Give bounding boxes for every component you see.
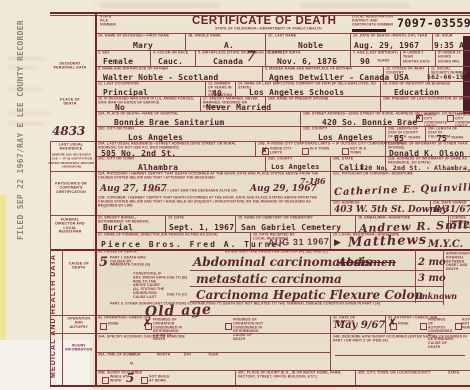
- cause-interval-a: 2 mo: [418, 257, 446, 268]
- field-2b-value: 9:35 A.: [434, 41, 469, 50]
- field-14-value: Los Angeles Schools: [249, 88, 344, 97]
- checkmark-20b-inside: ✗: [261, 145, 268, 155]
- field-25-value: San Gabriel Cemetery: [241, 223, 341, 232]
- certificate-number: 7097-035592: [397, 16, 470, 30]
- field-3-value: Female: [103, 57, 133, 66]
- field-under1yr-sub: MONTHS DAYS: [403, 60, 430, 63]
- cause-immediate-label: IMMEDIATE CAUSE (A): [110, 263, 156, 267]
- field-15-label: 15. KIND OF INDUSTRY OR BUSINESS: [383, 82, 450, 85]
- field-18a-label: 18A. NAME OF PRESENT SPOUSE: [268, 97, 328, 100]
- section-last-usual-residence: LAST USUAL RESIDENCE: [50, 143, 92, 151]
- grid-line: [330, 333, 331, 370]
- field-19d-label: 19D. COUNTY: [303, 127, 327, 130]
- section-cause-of-death: CAUSE OF DEATH: [65, 262, 93, 270]
- field-under24hr-sub: HOURS MIN.: [438, 60, 460, 63]
- cause-line-a-struck: Abdomen: [338, 256, 396, 269]
- field-16-label: 16. IF DECEASED WAS EVER IN U.S. ARMED F…: [98, 97, 200, 105]
- field-35a-month: MONTH: [157, 353, 170, 356]
- checkmark-inside-city: ✗: [415, 112, 422, 122]
- field-1b-label: 1B. MIDDLE NAME: [188, 34, 221, 37]
- grid-line: [355, 370, 356, 385]
- field-35b-handwritten: 5: [126, 371, 134, 385]
- field-16-value: No: [115, 103, 125, 112]
- section-residence-note: (WHERE DID DECEASED LIVE — IF IN INSTITU…: [48, 153, 95, 169]
- field-35a-meridiem: M.: [130, 362, 134, 365]
- checkmark-operation: ✗: [143, 318, 151, 329]
- field-1c-label: 1C. LAST NAME: [268, 34, 296, 37]
- field-10-value: USA: [394, 73, 409, 82]
- grid-line: [150, 50, 151, 66]
- field-19b-label: 19B. STREET ADDRESS—(GIVE STREET OR RURA…: [303, 112, 470, 115]
- field-35d-label: 35D. CITY, TOWN, OR LOCATION: [358, 371, 416, 374]
- grid-line: [190, 286, 443, 287]
- field-22c-label: 22C. PHYSICIAN OR CORONER—SIGNATURE: [333, 172, 413, 175]
- grid-line: [50, 385, 470, 387]
- grid-line: [385, 126, 386, 141]
- field-22b-label: 22B. CORONER: I HEREBY CERTIFY THAT DEAT…: [98, 196, 330, 208]
- death-certificate-scan: FILED SEP 22 1967/RAY E LEE COUNTY RECOR…: [0, 0, 470, 390]
- cause-due-b-label: DUE TO (B): [167, 276, 187, 279]
- field-21b-value: 420 No. 2nd St. - Alhambra, Cal.: [360, 164, 470, 172]
- field-34b-label: 34B. DESCRIBE HOW INJURY OCCURRED (ENTER…: [333, 335, 470, 343]
- field-6-label: 6. DATE OF BIRTH: [268, 51, 300, 54]
- checkbox-20b-inside-label: INSIDE CITY LIMITS: [270, 147, 293, 155]
- field-27-value: Pierce Bros. Fred A. Turner: [101, 240, 285, 249]
- field-2b-label: 2B. HOUR: [435, 34, 453, 37]
- grid-line: [330, 232, 331, 249]
- checkbox-autopsy-considered-label: FINDINGS OF AUTOPSY CONSIDERED IN DETERM…: [428, 318, 451, 350]
- grid-line: [235, 215, 236, 232]
- field-22a-handwritten-note: 7-186: [300, 176, 326, 186]
- field-35d-county-label: COUNTY: [415, 371, 430, 374]
- checkbox-20b-nottown-label: NOT IN A TOWN: [350, 147, 373, 155]
- field-20e-label: 20E. STATE: [333, 157, 353, 160]
- field-1c-value: Noble: [298, 41, 323, 50]
- field-12-value: Principal: [103, 88, 148, 97]
- checkbox-autopsy-not: [455, 323, 462, 330]
- field-35d-state-label: STATE: [448, 371, 459, 374]
- checkbox-autopsy-considered: [420, 323, 427, 330]
- field-19d-value: Los Angeles: [318, 133, 373, 142]
- checkbox-not-while-at-work-label: NOT WHILE AT WORK: [149, 375, 172, 383]
- grid-line: [265, 156, 266, 171]
- field-25-label: 25. NAME OF CEMETERY OR CREMATORY: [238, 216, 313, 219]
- grid-line: [235, 81, 236, 96]
- field-3-label: 3. SEX: [98, 51, 110, 54]
- section-place-of-death: PLACE OF DEATH: [58, 98, 82, 106]
- cause-note: ENTER ONLY ONE CAUSE PER LINE FOR (A), (…: [225, 250, 328, 253]
- checkbox-autopsy-none-label: NONE: [398, 322, 414, 326]
- field-34a-label: 34A. SPECIFY ACCIDENT, SUICIDE OR HOMICI…: [98, 335, 185, 338]
- field-17-value: Never Married: [206, 103, 271, 112]
- field-32-date: May 9/67: [334, 320, 385, 331]
- registration-number-label: LOCAL REGISTRATION DISTRICT AND CERTIFIC…: [352, 15, 396, 27]
- cause-due-c-label: DUE TO (C): [167, 293, 187, 296]
- registration-rule: [352, 29, 386, 32]
- checkbox-20b-nottown: [342, 148, 349, 155]
- grid-line: [200, 96, 201, 111]
- grid-line: [330, 315, 331, 333]
- field-19c-value: Los Angeles: [128, 133, 183, 142]
- field-4-label: 4. COLOR OR RACE: [153, 51, 188, 54]
- grid-line: [262, 66, 263, 81]
- cause-line-b: metastatic carcinoma: [196, 272, 342, 286]
- checkbox-operation-not: [225, 323, 232, 330]
- grid-line: [50, 12, 470, 14]
- physician-signature: Catherine E. Quinville M.D.: [334, 181, 470, 198]
- grid-line: [330, 156, 331, 171]
- grid-line: [380, 81, 381, 96]
- field-5-value: Canada: [213, 57, 243, 66]
- grid-line: [330, 171, 331, 215]
- field-24-value: Sept. 1, 1967: [169, 223, 234, 232]
- field-19a-value: Bonnie Brae Sanitarium: [114, 118, 224, 127]
- field-4-value: Cauc.: [158, 57, 183, 66]
- checkbox-operation-none-label: NONE: [108, 322, 125, 326]
- field-9-value: Agnes Detwiller - Canada: [269, 73, 389, 82]
- grid-line: [300, 111, 301, 141]
- state-file-number-label: STATE FILE NUMBER: [100, 15, 119, 27]
- certificate-title: CERTIFICATE OF DEATH: [192, 15, 336, 27]
- field-22e-date-signed: 8/31/67: [434, 205, 470, 215]
- field-35a-year: YEAR: [208, 353, 218, 356]
- field-8-label: 8. NAME AND BIRTHPLACE OF FATHER: [98, 67, 168, 70]
- field-5-handwritten: 7: [246, 49, 256, 65]
- field-2a-value: Aug. 29, 1967: [354, 41, 419, 50]
- grid-line: [165, 215, 166, 232]
- field-under1yr-label: IF UNDER 1 YEAR: [403, 51, 433, 59]
- field-9-label: 9. MAIDEN NAME AND BIRTHPLACE OF MOTHER: [265, 67, 352, 70]
- ghost-text: [8, 88, 42, 91]
- grid-line: [432, 33, 433, 50]
- checkbox-operation-not-label: FINDINGS OF OPERATION NOT CONSIDERED IN …: [233, 318, 265, 342]
- ghost-text: [8, 122, 44, 125]
- checkbox-operation-none: [100, 323, 107, 330]
- grid-line: [195, 50, 196, 66]
- field-6-value: Nov. 6, 1876: [277, 57, 337, 66]
- field-19a-label: 19A. PLACE OF DEATH—NAME OF HOSPITAL: [98, 112, 179, 115]
- checkbox-outside-city: [447, 115, 454, 122]
- field-35a-hour: HOUR: [130, 353, 141, 356]
- grid-line: [235, 370, 236, 385]
- field-20c-label: 20C. CITY OR TOWN: [98, 157, 134, 160]
- field-35c-label: 35C. PLACE OF INJURY (E.G., IN OR ABOUT …: [238, 371, 354, 379]
- section-decedent-personal-data: DECEDENT PERSONAL DATA: [52, 62, 88, 70]
- field-2a-label: 2A. DATE OF DEATH—MONTH, DAY, YEAR: [353, 34, 427, 37]
- grid-line: [350, 33, 351, 66]
- field-under24hr-label: IF UNDER 24 HOURS: [438, 51, 468, 59]
- section-funeral-director: FUNERAL DIRECTOR AND LOCAL REGISTRAR: [52, 218, 88, 234]
- field-27-label: 27. NAME OF FUNERAL DIRECTOR (OR PERSON …: [98, 233, 226, 237]
- ghost-text: [100, 3, 220, 8]
- field-19f-unit: YEARS: [451, 136, 464, 139]
- field-20d-value: Los Angeles: [271, 163, 320, 171]
- field-19b-value: 420 So. Bonnie Brae: [322, 118, 417, 127]
- field-22a-label: 22A. PHYSICIAN: I HEREBY CERTIFY THAT DE…: [98, 172, 330, 180]
- grid-line: [380, 96, 381, 111]
- field-24-label: 24. DATE: [168, 216, 184, 219]
- field-23-value: Burial: [103, 223, 133, 232]
- ghost-text: [8, 57, 46, 60]
- field-20b-label: 20B. IF INSIDE CITY CORPORATE LIMITS — I…: [258, 142, 403, 145]
- field-1a-label: 1A. NAME OF DECEASED—FIRST NAME: [98, 34, 169, 37]
- field-1a-value: Mary: [133, 41, 153, 50]
- grid-line: [190, 270, 443, 271]
- grid-line: [265, 33, 266, 50]
- date-received-stamp: AUG 31 1967: [268, 236, 330, 248]
- grid-line: [355, 215, 356, 232]
- checkbox-while-at-work: [102, 377, 109, 384]
- grid-line: [435, 50, 436, 66]
- handwritten-district-number: 4833: [52, 124, 85, 138]
- field-20d-label: 20D. COUNTY: [268, 157, 292, 160]
- field-30-label: 30. CAUSE OF DEATH: [98, 250, 137, 253]
- cause-interval-header: APPROXIMATE INTERVAL BETWEEN ONSET AND D…: [446, 252, 469, 272]
- cause-interval-c: unknown: [416, 291, 457, 301]
- checkbox-not-while-at-work: [141, 377, 148, 384]
- grid-line: [95, 12, 97, 385]
- field-20c-value: Alhambra: [138, 163, 178, 172]
- field-19c-label: 19C. CITY OR TOWN: [98, 127, 134, 130]
- field-7-unit: YEARS: [377, 59, 390, 62]
- cause-conditions-note: CONDITIONS, IF ANY, WHICH GAVE RISE TO T…: [133, 272, 167, 300]
- grid-line: [335, 355, 465, 356]
- grid-line: [255, 141, 256, 156]
- county-recorder-filed-stamp: FILED SEP 22 1967/RAY E LEE COUNTY RECOR…: [16, 20, 25, 240]
- checkbox-20b-town-label: IN A TOWN: [310, 147, 332, 151]
- field-12-label: 12. LAST OCCUPATION: [98, 82, 139, 85]
- embalmer-license-number: 5129: [451, 221, 470, 231]
- ghost-text: [8, 112, 50, 115]
- field-22d-label: 22D. ADDRESS: [333, 201, 360, 204]
- local-registrar-signature: Matthews: [348, 233, 428, 251]
- field-8-value: Walter Noble - Scotland: [103, 73, 218, 82]
- section-injury-information: INJURY INFORMATION: [65, 344, 93, 352]
- field-15-value: Education: [394, 88, 439, 97]
- cause-line-c: Carcinoma Hepatic Flexure Colon: [196, 288, 423, 302]
- field-22a-mid-label: AND THAT I LAST SAW THE DECEASED ALIVE O…: [148, 189, 237, 192]
- field-7-label: 7. AGE (LAST BIRTHDAY): [353, 51, 398, 54]
- grid-line: [50, 141, 51, 385]
- field-19e-unit: YEARS: [408, 136, 421, 139]
- field-35b-label: 35B. INJURY OCCURRED: [98, 371, 142, 374]
- registrar-arrow-mark: ▶: [334, 238, 341, 248]
- field-7-value: 90: [360, 57, 370, 66]
- grid-line: [400, 50, 401, 66]
- local-registrar-initials: M.Y.C.: [428, 239, 463, 250]
- checkbox-20b-town: [302, 148, 309, 155]
- checkmark-autopsy: ✗: [388, 318, 396, 329]
- field-26-label: 26. EMBALMER—SIGNATURE: [358, 216, 410, 219]
- section-operation-autopsy: OPERATION AND AUTOPSY: [65, 317, 93, 329]
- field-18b-label: 18B. PRESENT OR LAST OCCUPATION OF SPOUS…: [383, 97, 470, 100]
- ghost-text: [300, 3, 410, 8]
- field-22d-address: 403 W. 5th St. Downey: [334, 205, 447, 215]
- checkbox-while-at-work-label: WHILE AT WORK: [110, 375, 127, 383]
- field-11-value: 562-66-1564: [427, 73, 470, 81]
- grid-line: [62, 249, 63, 385]
- field-35a-day: DAY: [184, 353, 191, 356]
- certificate-subtitle: STATE OF CALIFORNIA—DEPARTMENT OF PUBLIC…: [196, 27, 341, 31]
- grid-line: [205, 81, 206, 96]
- grid-line: [185, 33, 186, 50]
- checkbox-autopsy-not-label: AUTOPSY NOT PERFORMED: [462, 318, 470, 330]
- handwritten-number-5: 5: [99, 255, 108, 270]
- field-1b-value: A.: [224, 41, 234, 50]
- section-physician-certification: PHYSICIAN'S OR CORONER'S CERTIFICATION: [50, 182, 92, 194]
- cause-interval-b: 3 mo: [418, 273, 446, 284]
